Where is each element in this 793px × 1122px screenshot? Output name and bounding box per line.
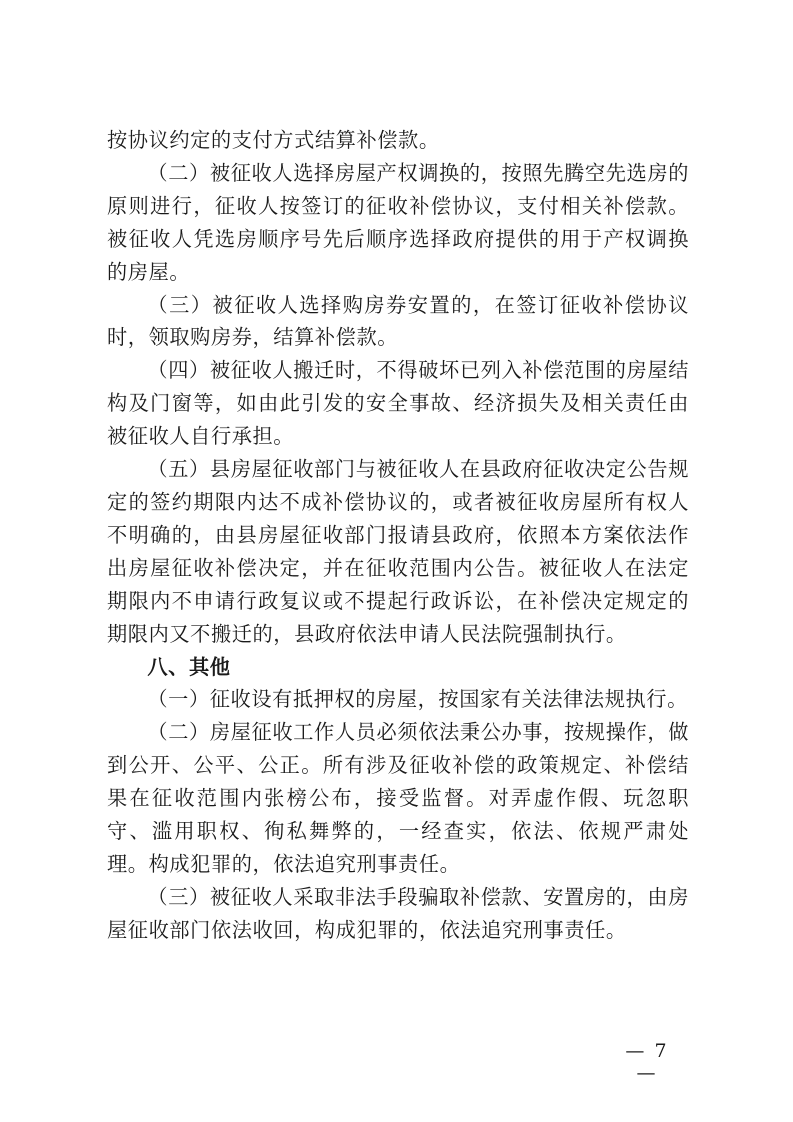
paragraph-continuation: 按协议约定的支付方式结算补偿款。 xyxy=(107,124,689,157)
paragraph-fraud: （三）被征收人采取非法手段骗取补偿款、安置房的，由房屋征收部门依法收回，构成犯罪… xyxy=(107,881,689,947)
paragraph-mortgage: （一）征收设有抵押权的房屋，按国家有关法律法规执行。 xyxy=(107,683,689,716)
paragraph-relocation-damage: （四）被征收人搬迁时，不得破坏已列入补偿范围的房屋结构及门窗等，如由此引发的安全… xyxy=(107,354,689,453)
paragraph-property-exchange: （二）被征收人选择房屋产权调换的，按照先腾空先选房的原则进行，征收人按签订的征收… xyxy=(107,157,689,289)
page-number: — 7 — xyxy=(612,1040,682,1084)
paragraph-compensation-decision: （五）县房屋征收部门与被征收人在县政府征收决定公告规定的签约期限内达不成补偿协议… xyxy=(107,453,689,650)
paragraph-staff-conduct: （二）房屋征收工作人员必须依法秉公办事，按规操作，做到公开、公平、公正。所有涉及… xyxy=(107,716,689,881)
document-body: 按协议约定的支付方式结算补偿款。 （二）被征收人选择房屋产权调换的，按照先腾空先… xyxy=(107,124,689,947)
section-heading-other: 八、其他 xyxy=(107,651,689,684)
paragraph-housing-voucher: （三）被征收人选择购房券安置的，在签订征收补偿协议时，领取购房券，结算补偿款。 xyxy=(107,289,689,355)
document-page: 按协议约定的支付方式结算补偿款。 （二）被征收人选择房屋产权调换的，按照先腾空先… xyxy=(0,0,793,1122)
